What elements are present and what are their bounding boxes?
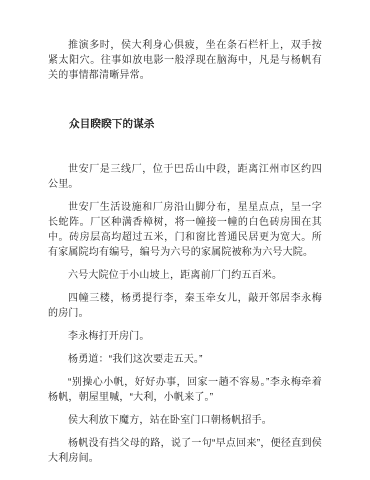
paragraph: 四幢三楼，杨勇提行李，秦玉牵女儿，敲开邻居李永梅的房门。 (48, 291, 322, 321)
paragraph: 推演多时，侯大利身心俱疲，坐在条石栏杆上，双手按紧太阳穴。往事如放电影一般浮现在… (48, 38, 322, 83)
paragraph: 世安厂生活设施和厂房沿山脚分布，星星点点，呈一字长蛇阵。厂区种满香樟树，将一幢接… (48, 200, 322, 260)
chapter-heading: 众目睽睽下的谋杀 (48, 117, 322, 132)
ebook-page: 推演多时，侯大利身心俱疲，坐在条石栏杆上，双手按紧太阳穴。往事如放电影一般浮现在… (0, 0, 370, 480)
paragraph: 侯大利放下魔方，站在卧室门口朝杨帆招手。 (48, 413, 322, 428)
document-body: 推演多时，侯大利身心俱疲，坐在条石栏杆上，双手按紧太阳穴。往事如放电影一般浮现在… (0, 0, 370, 466)
paragraph: 六号大院位于小山坡上，距离前厂门约五百米。 (48, 268, 322, 283)
paragraph: 杨勇道：“我们这次要走五天。” (48, 352, 322, 367)
paragraph: “别操心小帆，好好办事，回家一趟不容易。”李永梅牵着杨帆，朝屋里喊，“大利，小帆… (48, 375, 322, 405)
paragraph: 世安厂是三线厂，位于巴岳山中段，距离江州市区约四公里。 (48, 162, 322, 192)
paragraph: 杨帆没有挡父母的路，说了一句“早点回来”，便径直到侯大利房间。 (48, 436, 322, 466)
paragraph: 李永梅打开房门。 (48, 329, 322, 344)
